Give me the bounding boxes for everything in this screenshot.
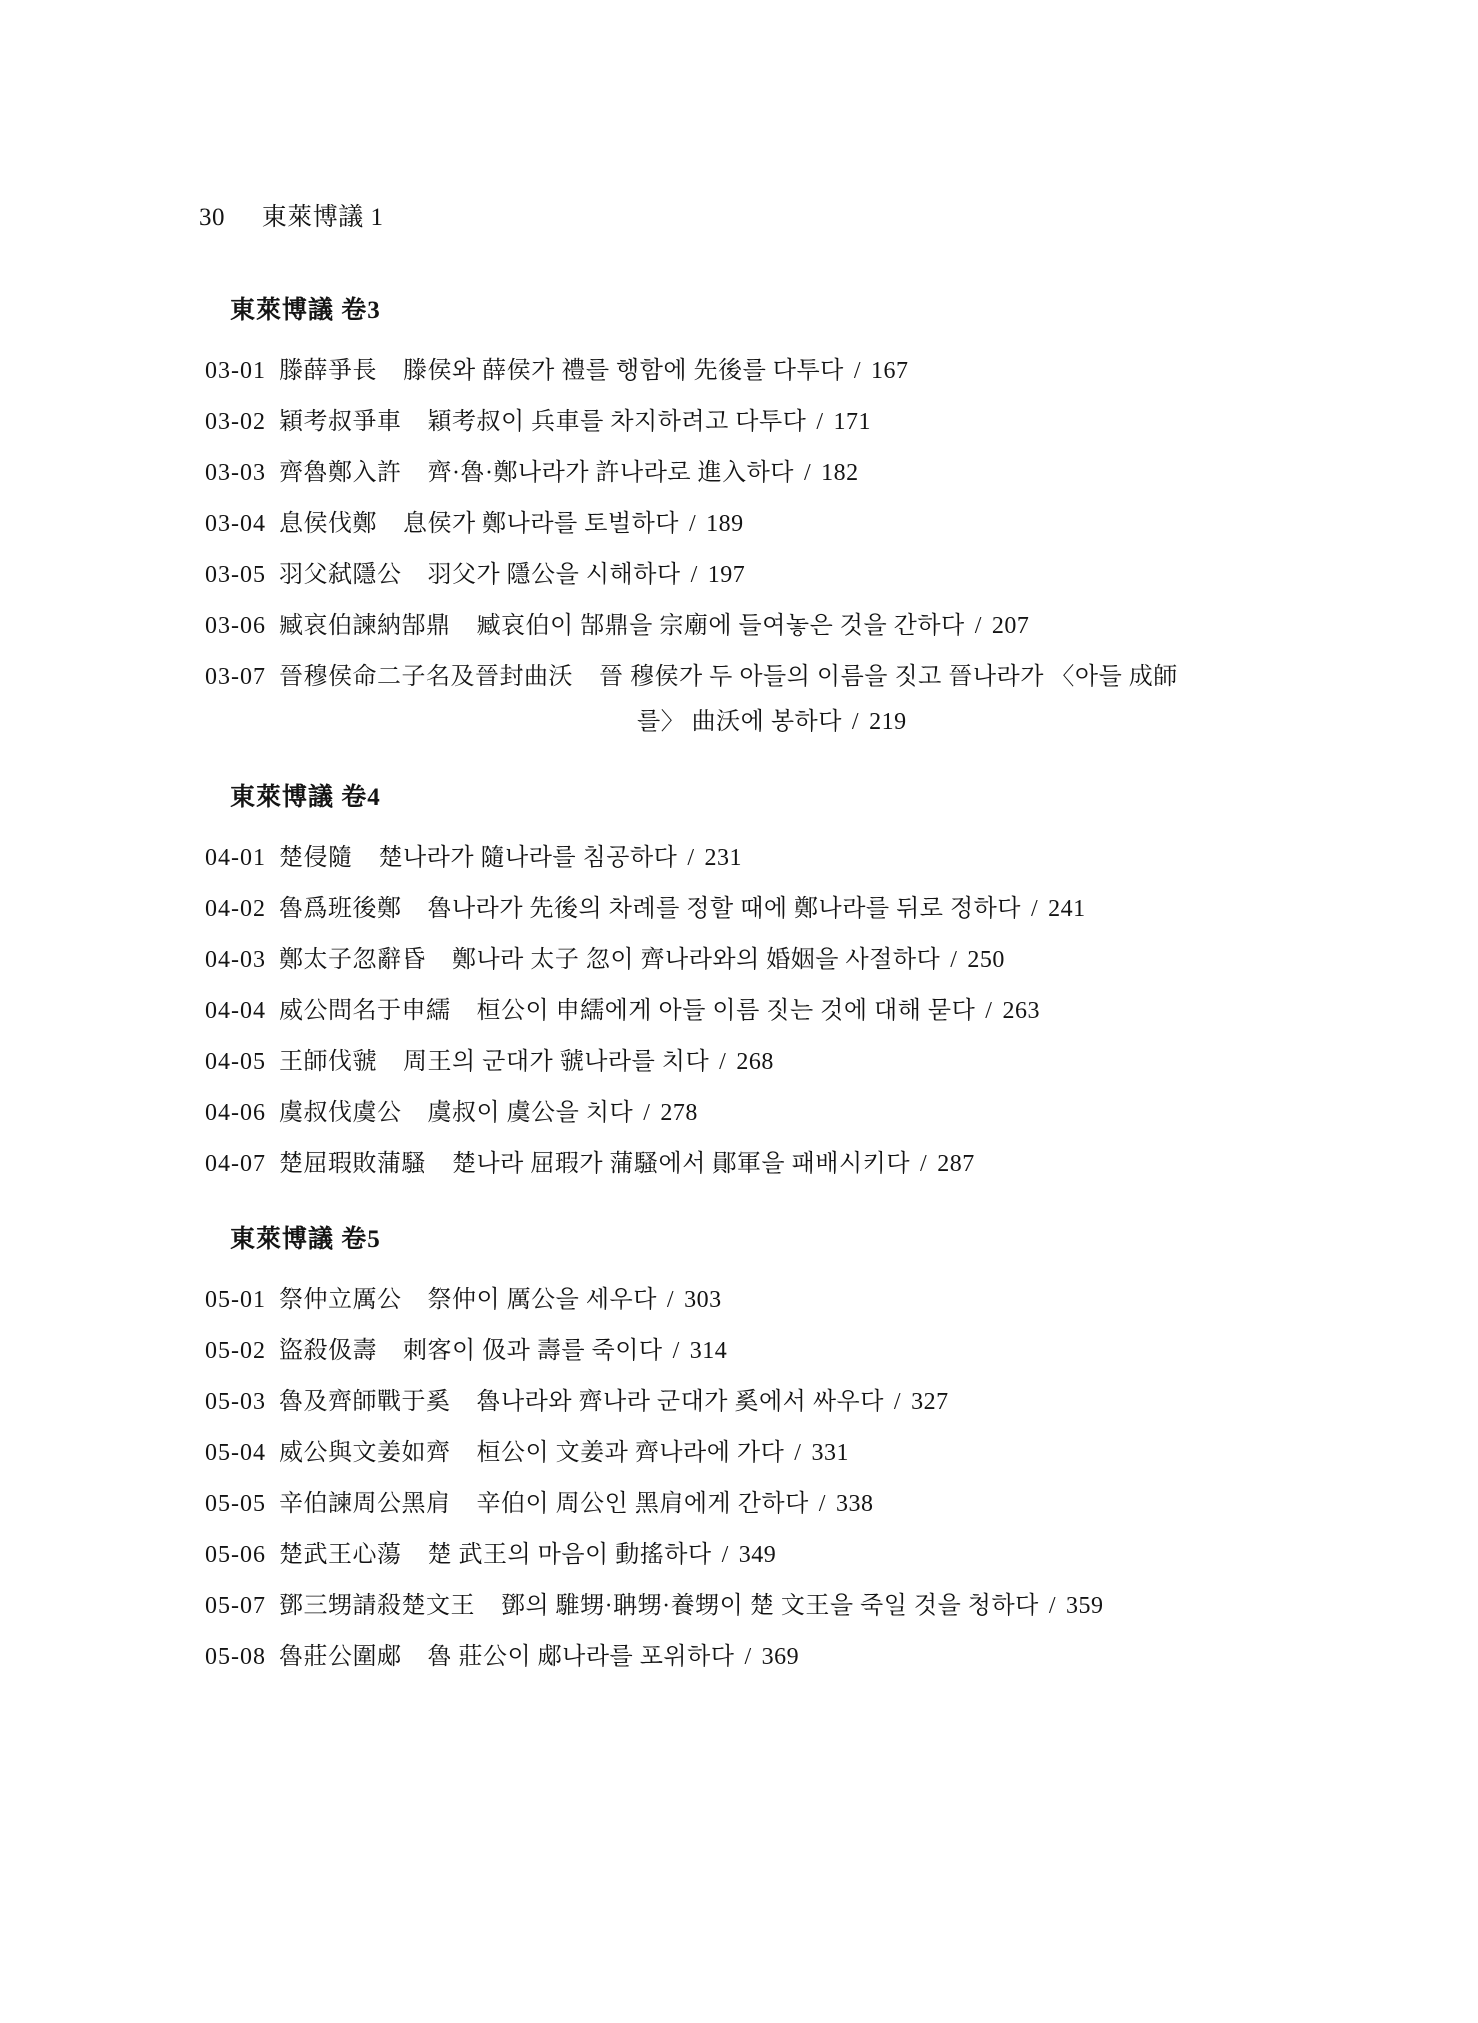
entry-pageref: /287 [910, 1151, 975, 1177]
entry-page-number: 338 [836, 1491, 874, 1517]
slash-separator: / [920, 1148, 927, 1180]
entry-title-hanja: 息侯伐鄭 [279, 508, 377, 540]
entry-description: 楚 武王의 마음이 動搖하다 [428, 1542, 712, 1568]
slash-separator: / [975, 610, 982, 642]
entry-page-number: 349 [739, 1542, 777, 1568]
toc-entry: 03-04息侯伐鄭息侯가 鄭나라를 토벌하다/189 [205, 508, 1368, 540]
entry-page-number: 171 [834, 409, 872, 435]
entry-title-hanja: 羽父弑隱公 [279, 559, 402, 591]
entry-description: 穎考叔이 兵車를 차지하려고 다투다 [428, 409, 807, 435]
entry-number: 04-02 [205, 893, 266, 925]
toc-entry: 05-04威公與文姜如齊桓公이 文姜과 齊나라에 가다/331 [205, 1437, 1368, 1469]
slash-separator: / [819, 1488, 826, 1520]
entry-page-number: 278 [660, 1100, 698, 1126]
slash-separator: / [667, 1284, 674, 1316]
section-title: 東萊博議 卷4 [230, 782, 1368, 814]
toc-entry: 04-02魯爲班後鄭魯나라가 先後의 차례를 정할 때에 鄭나라를 뒤로 정하다… [205, 893, 1368, 925]
entry-description: 齊·魯·鄭나라가 許나라로 進入하다 [428, 460, 794, 486]
entry-title-hanja: 威公與文姜如齊 [279, 1437, 451, 1469]
toc-entry: 05-06楚武王心蕩楚 武王의 마음이 動搖하다/349 [205, 1539, 1368, 1571]
entry-description: 刺客이 伋과 壽를 죽이다 [403, 1338, 663, 1364]
entry-title-hanja: 滕薛爭長 [279, 355, 377, 387]
entry-page-number: 250 [967, 947, 1005, 973]
entry-page-number: 167 [871, 358, 909, 384]
slash-separator: / [719, 1046, 726, 1078]
entry-pageref: /338 [809, 1491, 874, 1517]
entry-pageref: /263 [975, 998, 1040, 1024]
entry-page-number: 268 [736, 1049, 774, 1075]
entry-pageref: /207 [965, 613, 1030, 639]
entry-description: 魯나라가 先後의 차례를 정할 때에 鄭나라를 뒤로 정하다 [428, 896, 1022, 922]
entry-page-number: 207 [992, 613, 1030, 639]
entry-title-hanja: 楚武王心蕩 [279, 1539, 402, 1571]
entry-pageref: /278 [633, 1100, 698, 1126]
entry-pageref: /327 [884, 1389, 949, 1415]
entry-title-hanja: 楚屈瑕敗蒲騷 [279, 1148, 426, 1180]
entry-title-hanja: 盜殺伋壽 [279, 1335, 377, 1367]
toc-section-vol5: 東萊博議 卷5 05-01祭仲立厲公祭仲이 厲公을 세우다/303 05-02盜… [205, 1224, 1368, 1673]
entry-description: 鄧의 騅甥·聃甥·養甥이 楚 文王을 죽일 것을 청하다 [501, 1593, 1039, 1619]
entry-list: 03-01滕薛爭長滕侯와 薛侯가 禮를 행함에 先後를 다투다/167 03-0… [205, 355, 1368, 738]
slash-separator: / [985, 995, 992, 1027]
entry-description: 魯나라와 齊나라 군대가 奚에서 싸우다 [477, 1389, 884, 1415]
entry-description: 辛伯이 周公인 黑肩에게 간하다 [477, 1491, 809, 1517]
entry-title-hanja: 威公問名于申繻 [279, 995, 451, 1027]
slash-separator: / [816, 406, 823, 438]
entry-title-hanja: 晉穆侯命二子名及晉封曲沃 [279, 661, 573, 693]
entry-list: 04-01楚侵隨楚나라가 隨나라를 침공하다/231 04-02魯爲班後鄭魯나라… [205, 842, 1368, 1180]
slash-separator: / [854, 355, 861, 387]
entry-description: 桓公이 申繻에게 아들 이름 짓는 것에 대해 묻다 [477, 998, 976, 1024]
slash-separator: / [687, 842, 694, 874]
entry-page-number: 303 [684, 1287, 722, 1313]
entry-number: 03-06 [205, 610, 266, 642]
entry-pageref: /314 [663, 1338, 728, 1364]
slash-separator: / [804, 457, 811, 489]
slash-separator: / [950, 944, 957, 976]
entry-title-hanja: 魯及齊師戰于奚 [279, 1386, 451, 1418]
toc-entry: 03-06臧哀伯諫納郜鼎臧哀伯이 郜鼎을 宗廟에 들여놓은 것을 간하다/207 [205, 610, 1368, 642]
toc-entry: 04-07楚屈瑕敗蒲騷楚나라 屈瑕가 蒲騷에서 鄖軍을 패배시키다/287 [205, 1148, 1368, 1180]
entry-pageref: /250 [940, 947, 1005, 973]
toc-entry: 05-07鄧三甥請殺楚文王鄧의 騅甥·聃甥·養甥이 楚 文王을 죽일 것을 청하… [205, 1590, 1368, 1622]
entry-number: 05-03 [205, 1386, 266, 1418]
entry-page-number: 197 [708, 562, 746, 588]
slash-separator: / [643, 1097, 650, 1129]
entry-description: 臧哀伯이 郜鼎을 宗廟에 들여놓은 것을 간하다 [477, 613, 965, 639]
toc-entry: 05-02盜殺伋壽刺客이 伋과 壽를 죽이다/314 [205, 1335, 1368, 1367]
entry-description: 鄭나라 太子 忽이 齊나라와의 婚姻을 사절하다 [452, 947, 940, 973]
entry-continuation-line: 를〉 曲沃에 봉하다/219 [637, 706, 1368, 738]
slash-separator: / [722, 1539, 729, 1571]
slash-separator: / [1031, 893, 1038, 925]
toc-entry: 03-01滕薛爭長滕侯와 薛侯가 禮를 행함에 先後를 다투다/167 [205, 355, 1368, 387]
toc-entry: 03-07晉穆侯命二子名及晉封曲沃晉 穆侯가 두 아들의 이름을 짓고 晉나라가… [205, 661, 1368, 738]
entry-title-hanja: 祭仲立厲公 [279, 1284, 402, 1316]
entry-pageref: /268 [709, 1049, 774, 1075]
toc-entry: 05-01祭仲立厲公祭仲이 厲公을 세우다/303 [205, 1284, 1368, 1316]
running-title: 東萊博議 1 [262, 204, 384, 231]
toc-entry: 05-08魯莊公圍郕魯 莊公이 郕나라를 포위하다/369 [205, 1641, 1368, 1673]
entry-number: 03-03 [205, 457, 266, 489]
entry-number: 03-04 [205, 508, 266, 540]
entry-description-continued: 를〉 曲沃에 봉하다 [637, 709, 842, 735]
entry-title-hanja: 魯爲班後鄭 [279, 893, 402, 925]
entry-number: 05-08 [205, 1641, 266, 1673]
toc-entry: 05-05辛伯諫周公黑肩辛伯이 周公인 黑肩에게 간하다/338 [205, 1488, 1368, 1520]
entry-pageref: /241 [1021, 896, 1086, 922]
slash-separator: / [794, 1437, 801, 1469]
entry-title-hanja: 鄧三甥請殺楚文王 [279, 1590, 475, 1622]
entry-page-number: 219 [869, 709, 907, 735]
toc-entry: 04-04威公問名于申繻桓公이 申繻에게 아들 이름 짓는 것에 대해 묻다/2… [205, 995, 1368, 1027]
slash-separator: / [894, 1386, 901, 1418]
entry-number: 05-02 [205, 1335, 266, 1367]
entry-pageref: /349 [712, 1542, 777, 1568]
entry-pageref: /197 [681, 562, 746, 588]
entry-title-hanja: 齊魯鄭入許 [279, 457, 402, 489]
entry-title-hanja: 魯莊公圍郕 [279, 1641, 402, 1673]
entry-number: 05-05 [205, 1488, 266, 1520]
entry-description: 晉 穆侯가 두 아들의 이름을 짓고 晉나라가 〈아들 成師 [599, 664, 1178, 690]
entry-description: 楚나라가 隨나라를 침공하다 [379, 845, 678, 871]
entry-pageref: /369 [734, 1644, 799, 1670]
toc-entry: 03-02穎考叔爭車穎考叔이 兵車를 차지하려고 다투다/171 [205, 406, 1368, 438]
entry-description: 息侯가 鄭나라를 토벌하다 [403, 511, 679, 537]
entry-number: 05-01 [205, 1284, 266, 1316]
entry-title-hanja: 虞叔伐虞公 [279, 1097, 402, 1129]
entry-page-number: 189 [706, 511, 744, 537]
entry-title-hanja: 辛伯諫周公黑肩 [279, 1488, 451, 1520]
slash-separator: / [689, 508, 696, 540]
toc-entry: 04-05王師伐虢周王의 군대가 虢나라를 치다/268 [205, 1046, 1368, 1078]
toc-entry: 03-03齊魯鄭入許齊·魯·鄭나라가 許나라로 進入하다/182 [205, 457, 1368, 489]
entry-number: 03-05 [205, 559, 266, 591]
toc-entry: 04-01楚侵隨楚나라가 隨나라를 침공하다/231 [205, 842, 1368, 874]
entry-title-hanja: 鄭太子忽辭昏 [279, 944, 426, 976]
entry-page-number: 231 [705, 845, 743, 871]
toc-section-vol3: 東萊博議 卷3 03-01滕薛爭長滕侯와 薛侯가 禮를 행함에 先後를 다투다/… [205, 295, 1368, 738]
entry-pageref: /167 [844, 358, 909, 384]
book-page-number: 30 [199, 203, 225, 233]
entry-description: 桓公이 文姜과 齊나라에 가다 [477, 1440, 785, 1466]
entry-pageref: /231 [677, 845, 742, 871]
entry-description: 周王의 군대가 虢나라를 치다 [403, 1049, 709, 1075]
slash-separator: / [852, 706, 859, 738]
entry-page-number: 314 [690, 1338, 728, 1364]
toc-entry: 04-03鄭太子忽辭昏鄭나라 太子 忽이 齊나라와의 婚姻을 사절하다/250 [205, 944, 1368, 976]
entry-page-number: 241 [1048, 896, 1086, 922]
entry-number: 05-07 [205, 1590, 266, 1622]
entry-description: 祭仲이 厲公을 세우다 [428, 1287, 657, 1313]
toc-entry: 04-06虞叔伐虞公虞叔이 虞公을 치다/278 [205, 1097, 1368, 1129]
slash-separator: / [1049, 1590, 1056, 1622]
entry-description: 楚나라 屈瑕가 蒲騷에서 鄖軍을 패배시키다 [452, 1151, 910, 1177]
entry-pageref: /359 [1039, 1593, 1104, 1619]
entry-title-hanja: 王師伐虢 [279, 1046, 377, 1078]
slash-separator: / [744, 1641, 751, 1673]
entry-number: 03-02 [205, 406, 266, 438]
entry-page-number: 359 [1066, 1593, 1104, 1619]
entry-number: 03-01 [205, 355, 266, 387]
running-header: 30 東萊博議 1 [199, 203, 1368, 233]
toc-entry: 05-03魯及齊師戰于奚魯나라와 齊나라 군대가 奚에서 싸우다/327 [205, 1386, 1368, 1418]
entry-number: 04-04 [205, 995, 266, 1027]
slash-separator: / [691, 559, 698, 591]
entry-description: 虞叔이 虞公을 치다 [428, 1100, 634, 1126]
toc-document-page: 30 東萊博議 1 東萊博議 卷3 03-01滕薛爭長滕侯와 薛侯가 禮를 행함… [0, 0, 1478, 2023]
toc-entry: 03-05羽父弑隱公羽父가 隱公을 시해하다/197 [205, 559, 1368, 591]
entry-title-hanja: 臧哀伯諫納郜鼎 [279, 610, 451, 642]
slash-separator: / [673, 1335, 680, 1367]
entry-description: 魯 莊公이 郕나라를 포위하다 [428, 1644, 735, 1670]
entry-number: 05-06 [205, 1539, 266, 1571]
entry-number: 04-01 [205, 842, 266, 874]
entry-number: 05-04 [205, 1437, 266, 1469]
entry-description: 滕侯와 薛侯가 禮를 행함에 先後를 다투다 [403, 358, 844, 384]
entry-pageref: /303 [657, 1287, 722, 1313]
entry-pageref: /331 [784, 1440, 849, 1466]
toc-section-vol4: 東萊博議 卷4 04-01楚侵隨楚나라가 隨나라를 침공하다/231 04-02… [205, 782, 1368, 1180]
entry-number: 04-05 [205, 1046, 266, 1078]
entry-number: 04-07 [205, 1148, 266, 1180]
entry-title-hanja: 楚侵隨 [279, 842, 353, 874]
entry-pageref: /189 [679, 511, 744, 537]
entry-page-number: 287 [937, 1151, 975, 1177]
entry-title-hanja: 穎考叔爭車 [279, 406, 402, 438]
entry-page-number: 331 [811, 1440, 849, 1466]
section-title: 東萊博議 卷3 [230, 295, 1368, 327]
entry-page-number: 369 [762, 1644, 800, 1670]
entry-number: 03-07 [205, 661, 266, 693]
entry-description: 羽父가 隱公을 시해하다 [428, 562, 681, 588]
entry-list: 05-01祭仲立厲公祭仲이 厲公을 세우다/303 05-02盜殺伋壽刺客이 伋… [205, 1284, 1368, 1673]
entry-page-number: 327 [911, 1389, 949, 1415]
entry-number: 04-03 [205, 944, 266, 976]
entry-pageref: /171 [806, 409, 871, 435]
entry-pageref: /182 [794, 460, 859, 486]
entry-page-number: 263 [1002, 998, 1040, 1024]
entry-page-number: 182 [821, 460, 859, 486]
section-title: 東萊博議 卷5 [230, 1224, 1368, 1256]
entry-number: 04-06 [205, 1097, 266, 1129]
